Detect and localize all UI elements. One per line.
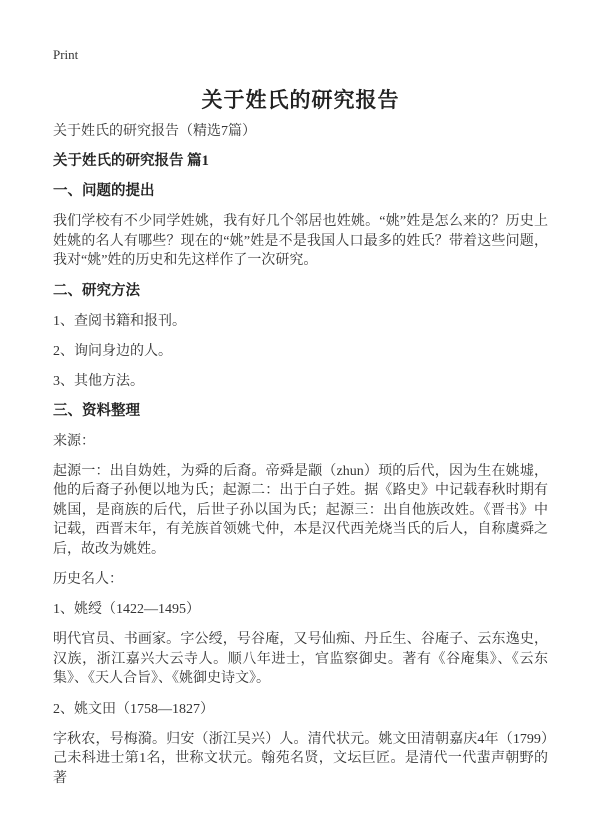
- subtitle: 关于姓氏的研究报告（精选7篇）: [53, 122, 548, 141]
- figure1-text: 明代官员、书画家。字公绶，号谷庵，又号仙痴、丹丘生、谷庵子、云东逸史，汉族，浙江…: [53, 630, 548, 689]
- figure1-title: 1、姚绶（1422—1495）: [53, 600, 548, 619]
- section-title-pian1: 关于姓氏的研究报告 篇1: [53, 152, 548, 171]
- paragraph-problem: 我们学校有不少同学姓姚，我有好几个邻居也姓姚。“姚”姓是怎么来的？历史上姓姚的名…: [53, 212, 548, 271]
- figure2-text: 字秋农，号梅漪。归安（浙江吴兴）人。清代状元。姚文田清朝嘉庆4年（1799）己未…: [53, 730, 548, 789]
- source-label: 来源：: [53, 432, 548, 451]
- heading-problem: 一、问题的提出: [53, 182, 548, 201]
- heading-data: 三、资料整理: [53, 402, 548, 421]
- method-item-2: 2、询问身边的人。: [53, 342, 548, 361]
- print-link[interactable]: Print: [53, 46, 548, 63]
- figures-label: 历史名人：: [53, 570, 548, 589]
- method-item-1: 1、查阅书籍和报刊。: [53, 312, 548, 331]
- document-page: Print 关于姓氏的研究报告 关于姓氏的研究报告（精选7篇） 关于姓氏的研究报…: [0, 0, 600, 828]
- heading-methods: 二、研究方法: [53, 282, 548, 301]
- figure2-title: 2、姚文田（1758—1827）: [53, 700, 548, 719]
- paragraph-origins: 起源一：出自妫姓，为舜的后裔。帝舜是颛（zhun）顼的后代，因为生在姚墟，他的后…: [53, 462, 548, 560]
- method-item-3: 3、其他方法。: [53, 372, 548, 391]
- page-title: 关于姓氏的研究报告: [53, 86, 548, 114]
